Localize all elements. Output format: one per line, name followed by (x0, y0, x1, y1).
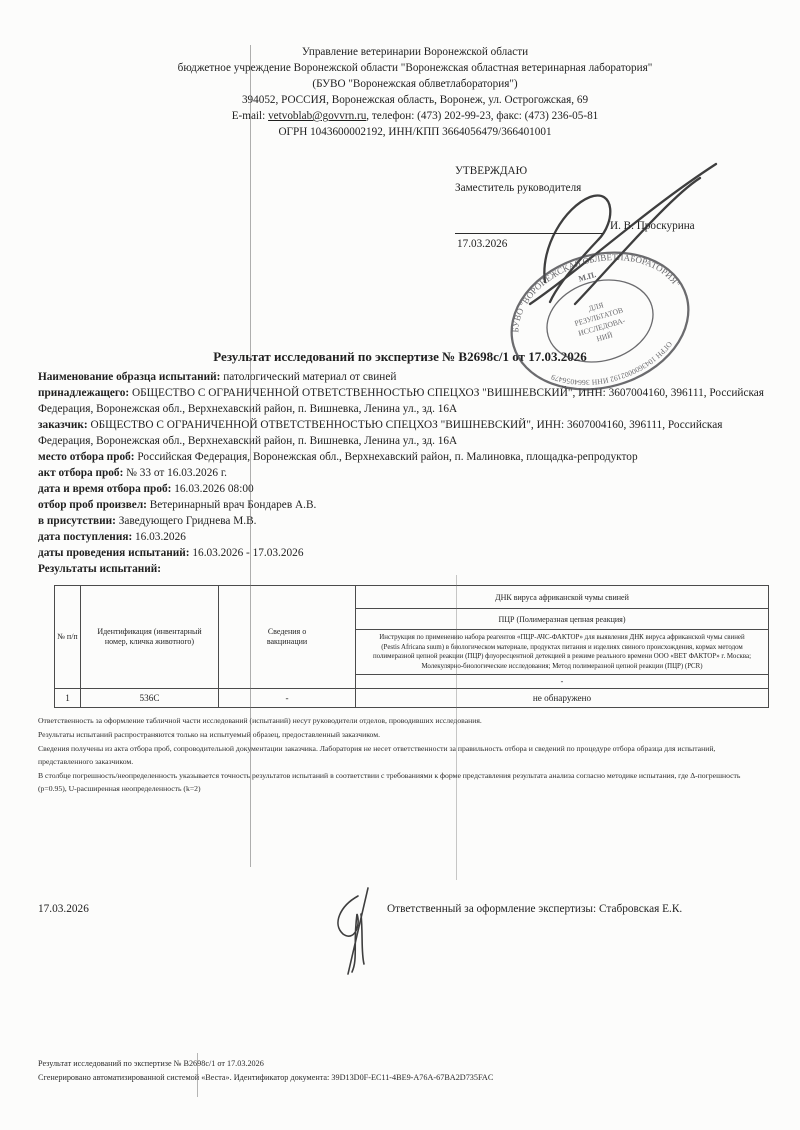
email-label: E-mail: (232, 110, 266, 122)
footnotes: Ответственность за оформление табличной … (38, 714, 768, 795)
email-address: vetvoblab@govvrn.ru (268, 110, 366, 122)
detail-test-dates: даты проведения испытаний: 16.03.2026 - … (38, 545, 770, 561)
footnote-2: Результаты испытаний распространяются то… (38, 728, 768, 741)
table-row: 1 536С - не обнаружено (55, 689, 769, 708)
org-header-contacts-line: E-mail: vetvoblab@govvrn.ru, телефон: (4… (60, 108, 770, 124)
approval-date: 17.03.2026 (457, 238, 507, 250)
results-table: № п/п Идентификация (инвентарный номер, … (54, 585, 769, 708)
scan-fold-line (456, 575, 457, 880)
phone-fax: , телефон: (473) 202-99-23, факс: (473) … (366, 110, 598, 122)
detail-receipt-date: дата поступления: 16.03.2026 (38, 529, 770, 545)
laboratory-stamp: БУВО "ВОРОНЕЖСКАЯ ОБЛВЕТЛАБОРАТОРИЯ" ОГР… (505, 250, 695, 392)
detail-sampling-datetime: дата и время отбора проб: 16.03.2026 08:… (38, 481, 770, 497)
detail-witness: в присутствии: Заведующего Гриднева М.В. (38, 513, 770, 529)
org-header-line1: Управление ветеринарии Воронежской облас… (60, 44, 770, 60)
results-section-label: Результаты испытаний: (38, 561, 770, 577)
result-header-instruction: Инструкция по применению набора реагенто… (356, 630, 769, 675)
result-header-dash: - (356, 675, 769, 689)
detail-sampling-act: акт отбора проб: № 33 от 16.03.2026 г. (38, 465, 770, 481)
sample-details: Наименование образца испытаний: патологи… (38, 369, 770, 577)
document-footer: Результат исследований по экспертизе № В… (38, 1057, 493, 1084)
footer-expertise-ref: Результат исследований по экспертизе № В… (38, 1057, 493, 1071)
row-identification: 536С (81, 689, 219, 708)
result-header-method: ПЦР (Полимеразная цепная реакция) (356, 609, 769, 630)
footnote-3: Сведения получены из акта отбора проб, с… (38, 742, 768, 768)
col-header-identification: Идентификация (инвентарный номер, кличка… (81, 586, 219, 689)
col-header-num: № п/п (55, 586, 81, 689)
detail-sampler: отбор проб произвел: Ветеринарный врач Б… (38, 497, 770, 513)
footnote-4: В столбце погрешность/неопределенность у… (38, 769, 768, 795)
row-result: не обнаружено (356, 689, 769, 708)
scan-fold-line (250, 45, 251, 867)
row-vaccination: - (219, 689, 356, 708)
responsible-signature (328, 884, 378, 976)
org-header: Управление ветеринарии Воронежской облас… (60, 44, 770, 140)
row-num: 1 (55, 689, 81, 708)
org-header-line4: 394052, РОССИЯ, Воронежская область, Вор… (60, 92, 770, 108)
org-header-ogrn: ОГРН 1043600002192, ИНН/КПП 3664056479/3… (60, 124, 770, 140)
footnote-1: Ответственность за оформление табличной … (38, 714, 768, 727)
detail-sampling-place: место отбора проб: Российская Федерация,… (38, 449, 770, 465)
org-header-line3: (БУВО "Воронежская облветлаборатория") (60, 76, 770, 92)
footer-generated-id: Сгенерировано автоматизированной системо… (38, 1071, 493, 1085)
stamp-ring-bottom-text: ОГРН 1043600002192 ИНН 3664056479 (548, 338, 680, 392)
org-header-line2: бюджетное учреждение Воронежской области… (60, 60, 770, 76)
detail-customer: заказчик: ОБЩЕСТВО С ОГРАНИЧЕННОЙ ОТВЕТС… (38, 417, 770, 449)
col-header-vaccination: Сведения о вакцинации (219, 586, 356, 689)
scan-fold-line (197, 1053, 198, 1097)
report-date: 17.03.2026 (38, 903, 89, 915)
result-header-target: ДНК вируса африканской чумы свиней (356, 586, 769, 609)
responsible-person: Ответственный за оформление экспертизы: … (387, 903, 682, 915)
